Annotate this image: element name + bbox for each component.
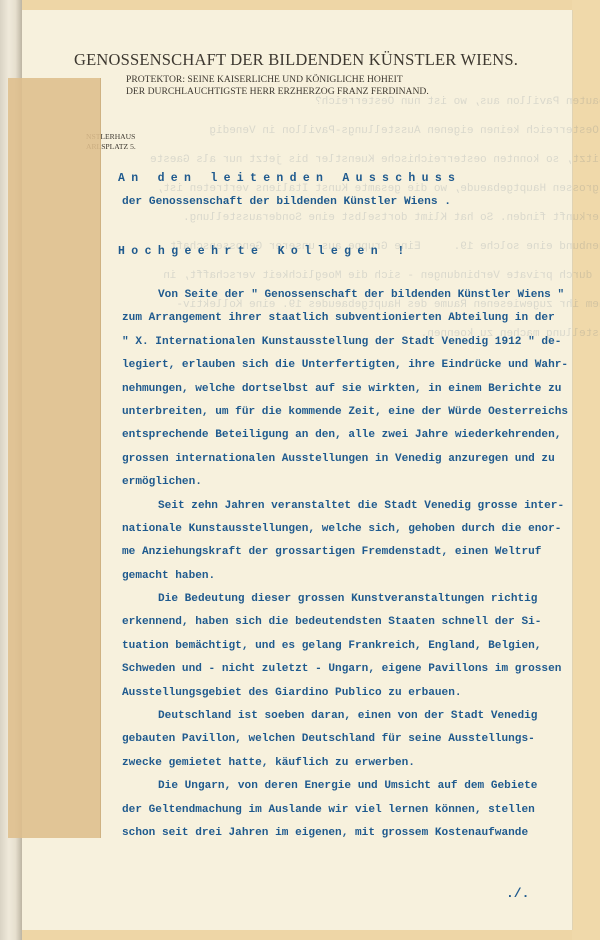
letter-body: Von Seite der " Genossenschaft der bilde… <box>122 284 568 845</box>
body-line: Die Ungarn, von deren Energie und Umsich… <box>122 775 568 798</box>
body-line: grossen internationalen Ausstellungen in… <box>122 448 568 471</box>
body-line: gemacht haben. <box>122 565 568 588</box>
body-line: me Anziehungskraft der grossartigen Frem… <box>122 541 568 564</box>
recipient-line-2: der Genossenschaft der bildenden Künstle… <box>122 196 451 208</box>
body-line: zum Arrangement ihrer staatlich subventi… <box>122 307 568 330</box>
body-line: Schweden und - nicht zuletzt - Ungarn, e… <box>122 658 568 681</box>
body-line: ermöglichen. <box>122 471 568 494</box>
body-line: Seit zehn Jahren veranstaltet die Stadt … <box>122 495 568 518</box>
letterhead-title: GENOSSENSCHAFT DER BILDENDEN KÜNSTLER WI… <box>74 50 518 70</box>
body-line: erkennend, haben sich die bedeutendsten … <box>122 611 568 634</box>
body-line: zwecke gemietet hatte, käuflich zu erwer… <box>122 752 568 775</box>
protector-line-2: DER DURCHLAUCHTIGSTE HERR ERZHERZOG FRAN… <box>126 86 429 98</box>
body-line: Ausstellungsgebiet des Giardino Publico … <box>122 682 568 705</box>
body-line: Von Seite der " Genossenschaft der bilde… <box>122 284 568 307</box>
body-line: entsprechende Beteiligung an den, alle z… <box>122 424 568 447</box>
body-line: schon seit drei Jahren im eigenen, mit g… <box>122 822 568 845</box>
body-line: legiert, erlauben sich die Unterfertigte… <box>122 354 568 377</box>
body-line: tuation bemächtigt, und es gelang Frankr… <box>122 635 568 658</box>
salutation: Hochgeehrte Kollegen ! <box>118 245 411 258</box>
body-line: Die Bedeutung dieser grossen Kunstverans… <box>122 588 568 611</box>
body-line: Deutschland ist soeben daran, einen von … <box>122 705 568 728</box>
adhesive-tape-strip <box>8 78 101 838</box>
body-line: gebauten Pavillon, welchen Deutschland f… <box>122 728 568 751</box>
body-line: unterbreiten, um für die kommende Zeit, … <box>122 401 568 424</box>
recipient-line-1: An den leitenden Ausschuss <box>118 172 461 185</box>
protector-line-1: PROTEKTOR: SEINE KAISERLICHE UND KÖNIGLI… <box>126 74 429 86</box>
body-line: der Geltendmachung im Auslande wir viel … <box>122 799 568 822</box>
letterhead-protector: PROTEKTOR: SEINE KAISERLICHE UND KÖNIGLI… <box>126 74 429 98</box>
body-line: " X. Internationalen Kunstausstellung de… <box>122 331 568 354</box>
continuation-mark: ./. <box>506 886 529 901</box>
body-line: nehmungen, welche dortselbst auf sie wir… <box>122 378 568 401</box>
body-line: nationale Kunstausstellungen, welche sic… <box>122 518 568 541</box>
